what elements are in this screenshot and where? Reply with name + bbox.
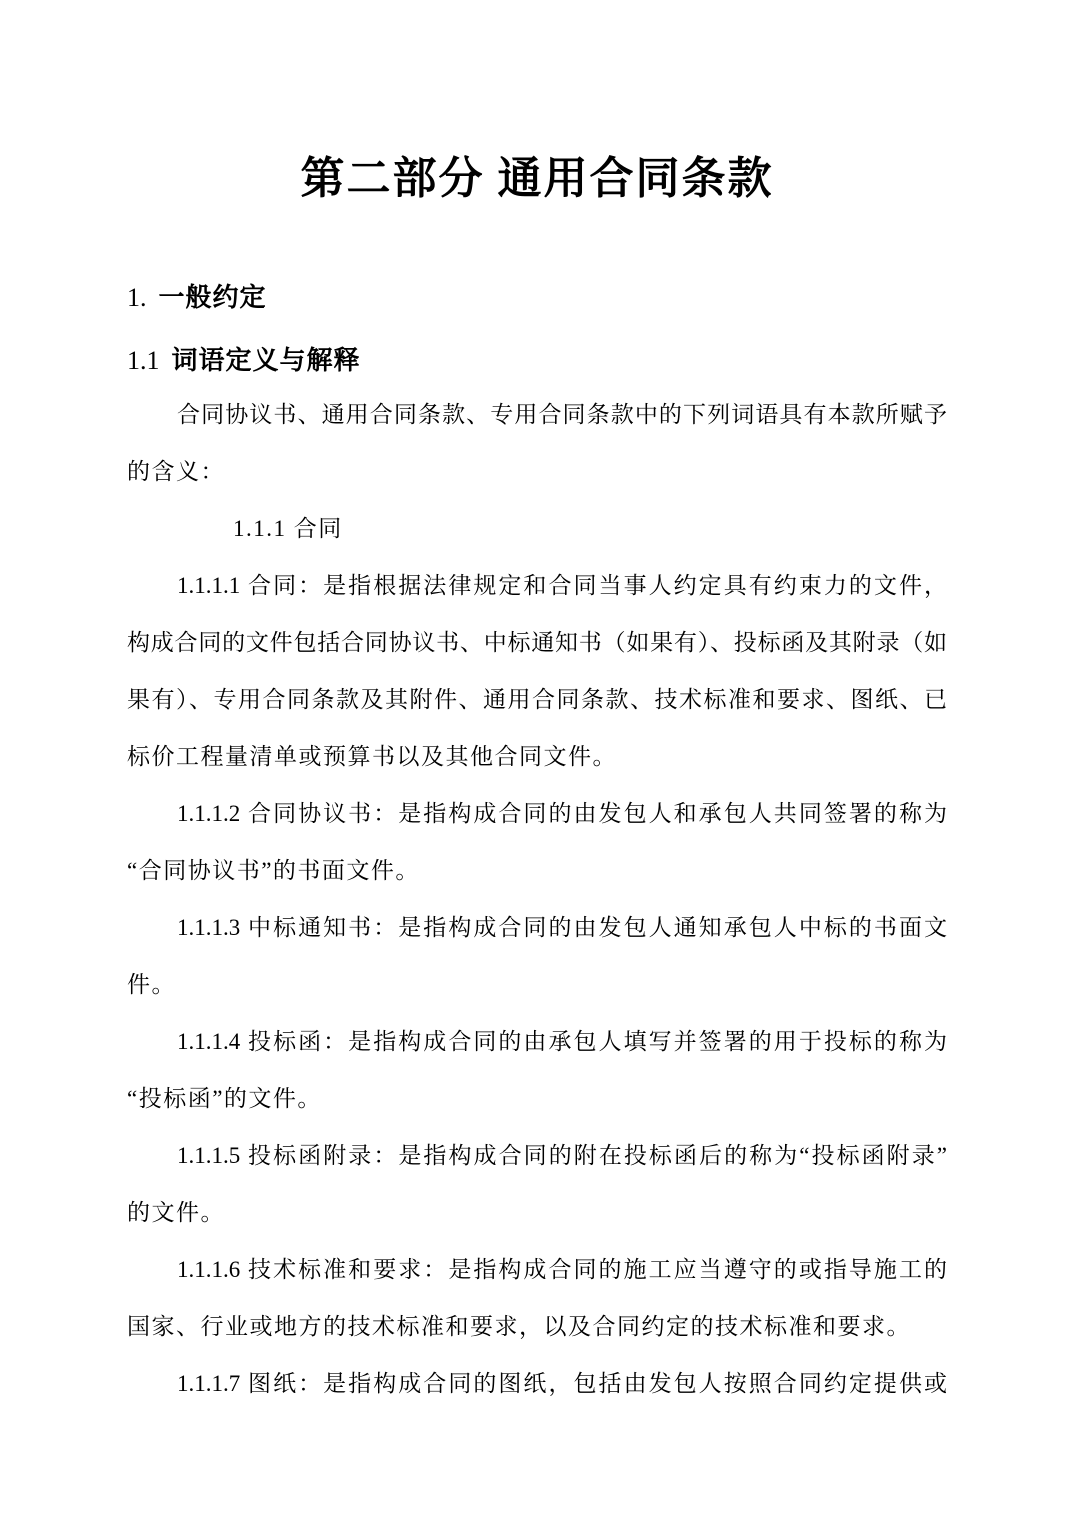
body-line: “投标函”的文件。 — [127, 1070, 947, 1127]
body-line-clause-1-1-1-4: 1.1.1.4 投标函：是指构成合同的由承包人填写并签署的用于投标的称为 — [127, 1013, 947, 1070]
document-page: 第二部分 通用合同条款 1.一般约定 1.1词语定义与解释 合同协议书、通用合同… — [0, 0, 1074, 1520]
heading-general-provisions-label: 一般约定 — [159, 282, 267, 312]
document-content: 第二部分 通用合同条款 1.一般约定 1.1词语定义与解释 合同协议书、通用合同… — [0, 150, 1074, 1412]
body-line-clause-1-1-1-1: 1.1.1.1 合同：是指根据法律规定和合同当事人约定具有约束力的文件， — [127, 557, 947, 614]
heading-general-provisions: 1.一般约定 — [127, 277, 947, 318]
body-line: 果有）、专用合同条款及其附件、通用合同条款、技术标准和要求、图纸、已 — [127, 671, 947, 728]
body-line-clause-1-1-1: 1.1.1 合同 — [127, 500, 947, 557]
heading-general-provisions-number: 1. — [127, 283, 147, 312]
body-line: 的文件。 — [127, 1184, 947, 1241]
heading-definitions-number: 1.1 — [127, 346, 160, 375]
body-line: 合同协议书、通用合同条款、专用合同条款中的下列词语具有本款所赋予 — [127, 386, 947, 443]
body-line-clause-1-1-1-5: 1.1.1.5 投标函附录：是指构成合同的附在投标函后的称为“投标函附录” — [127, 1127, 947, 1184]
body-line-clause-1-1-1-3: 1.1.1.3 中标通知书：是指构成合同的由发包人通知承包人中标的书面文 — [127, 899, 947, 956]
body-line: 标价工程量清单或预算书以及其他合同文件。 — [127, 728, 947, 785]
body-line: 件。 — [127, 956, 947, 1013]
document-title: 第二部分 通用合同条款 — [127, 150, 947, 208]
heading-definitions: 1.1词语定义与解释 — [127, 340, 947, 381]
body-line: 国家、行业或地方的技术标准和要求，以及合同约定的技术标准和要求。 — [127, 1298, 947, 1355]
body-line-clause-1-1-1-2: 1.1.1.2 合同协议书：是指构成合同的由发包人和承包人共同签署的称为 — [127, 785, 947, 842]
body-text: 合同协议书、通用合同条款、专用合同条款中的下列词语具有本款所赋予 的含义： 1.… — [127, 386, 947, 1412]
heading-definitions-label: 词语定义与解释 — [172, 345, 361, 375]
body-line-clause-1-1-1-6: 1.1.1.6 技术标准和要求：是指构成合同的施工应当遵守的或指导施工的 — [127, 1241, 947, 1298]
body-line: 构成合同的文件包括合同协议书、中标通知书（如果有）、投标函及其附录（如 — [127, 614, 947, 671]
body-line: 的含义： — [127, 443, 947, 500]
body-line: “合同协议书”的书面文件。 — [127, 842, 947, 899]
body-line-clause-1-1-1-7: 1.1.1.7 图纸：是指构成合同的图纸，包括由发包人按照合同约定提供或 — [127, 1355, 947, 1412]
